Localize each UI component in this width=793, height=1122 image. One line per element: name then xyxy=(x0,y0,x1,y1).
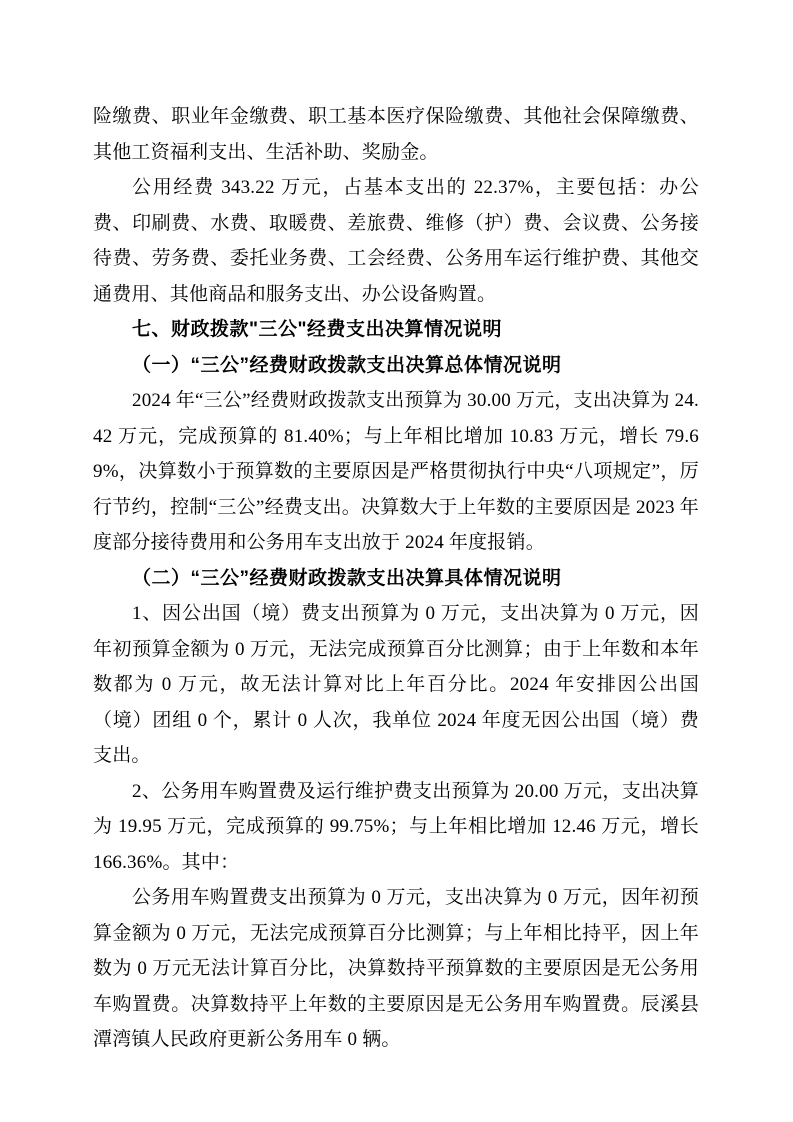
paragraph-vehicle-purchase-expense: 公务用车购置费支出预算为 0 万元，支出决算为 0 万元，因年初预算金额为 0 … xyxy=(93,880,699,1058)
document-text-block: 险缴费、职业年金缴费、职工基本医疗保险缴费、其他社会保障缴费、其他工资福利支出、… xyxy=(93,99,699,1058)
paragraph-overseas-travel-expense: 1、因公出国（境）费支出预算为 0 万元，支出决算为 0 万元，因年初预算金额为… xyxy=(93,596,699,774)
paragraph-sangong-overall-figures: 2024 年“三公”经费财政拨款支出预算为 30.00 万元，支出决算为 24.… xyxy=(93,383,699,561)
paragraph-official-vehicle-total-expense: 2、公务用车购置费及运行维护费支出预算为 20.00 万元，支出决算为 19.9… xyxy=(93,774,699,881)
subsection-heading-one-overall-situation: （一）“三公”经费财政拨款支出决算总体情况说明 xyxy=(93,348,699,384)
document-page: 险缴费、职业年金缴费、职工基本医疗保险缴费、其他社会保障缴费、其他工资福利支出、… xyxy=(0,0,793,1122)
section-heading-seven-sangong-expenses: 七、财政拨款"三公"经费支出决算情况说明 xyxy=(93,312,699,348)
subsection-heading-two-specific-situation: （二）“三公”经费财政拨款支出决算具体情况说明 xyxy=(93,561,699,597)
paragraph-public-funds-breakdown: 公用经费 343.22 万元，占基本支出的 22.37%，主要包括：办公费、印刷… xyxy=(93,170,699,312)
paragraph-social-insurance-continued: 险缴费、职业年金缴费、职工基本医疗保险缴费、其他社会保障缴费、其他工资福利支出、… xyxy=(93,99,699,170)
